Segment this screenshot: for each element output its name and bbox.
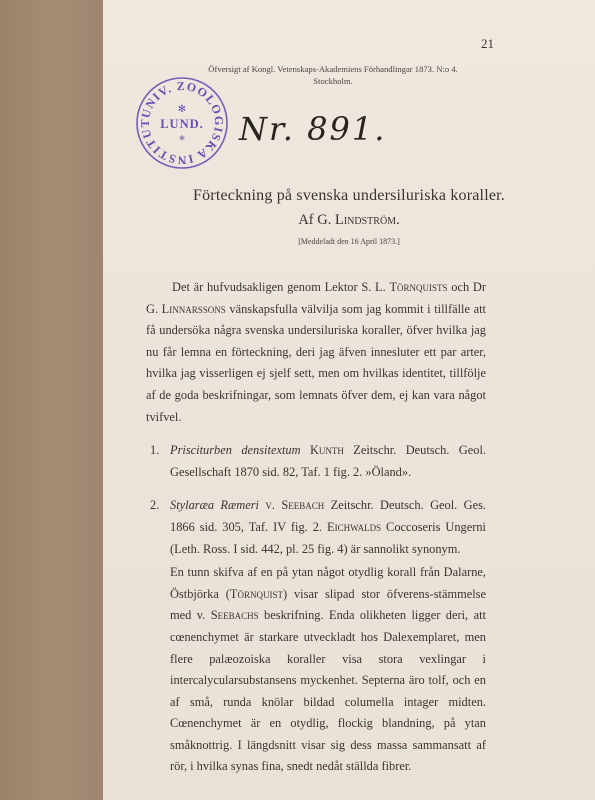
article-title: Förteckning på svenska undersiluriska ko… — [103, 187, 595, 205]
article-author: Af G. Lindström. — [103, 212, 595, 229]
page-number: 21 — [481, 36, 494, 52]
handwritten-catalog-number: Nr. 891. — [239, 110, 386, 148]
species-name: Stylaræa Ræmeri — [170, 498, 259, 512]
species-entry-2-description: En tunn skifva af en på ytan något otydl… — [146, 562, 486, 778]
author-name: Lindström — [335, 212, 396, 228]
entry-number: 2. — [150, 495, 159, 517]
svg-text:✻: ✻ — [178, 104, 186, 115]
species-entry-2: 2.Stylaræa Ræmeri v. Seebach Zeitschr. D… — [146, 495, 486, 560]
book-binding-strip — [0, 0, 104, 800]
entry-number: 1. — [150, 440, 159, 462]
stamp-center-text: LUND. — [160, 117, 204, 131]
library-stamp-icon: UNIV. ZOOLOGISKA INSTITUT. ✻ LUND. * — [135, 76, 229, 170]
svg-text:*: * — [179, 133, 185, 147]
intro-paragraph: Det är hufvudsakligen genom Lektor S. L.… — [146, 277, 486, 428]
species-name: Prisciturben densitextum — [170, 443, 301, 457]
article-body: Det är hufvudsakligen genom Lektor S. L.… — [146, 277, 486, 778]
species-entry-1: 1.Prisciturben densitextum Kunth Zeitsch… — [146, 440, 486, 483]
communicated-date: [Meddeladt den 16 April 1873.] — [103, 237, 595, 246]
document-page: 21 Öfversigt af Kongl. Vetenskaps-Akadem… — [103, 0, 595, 800]
journal-title: Öfversigt af Kongl. Vetenskaps-Akademien… — [163, 63, 503, 75]
